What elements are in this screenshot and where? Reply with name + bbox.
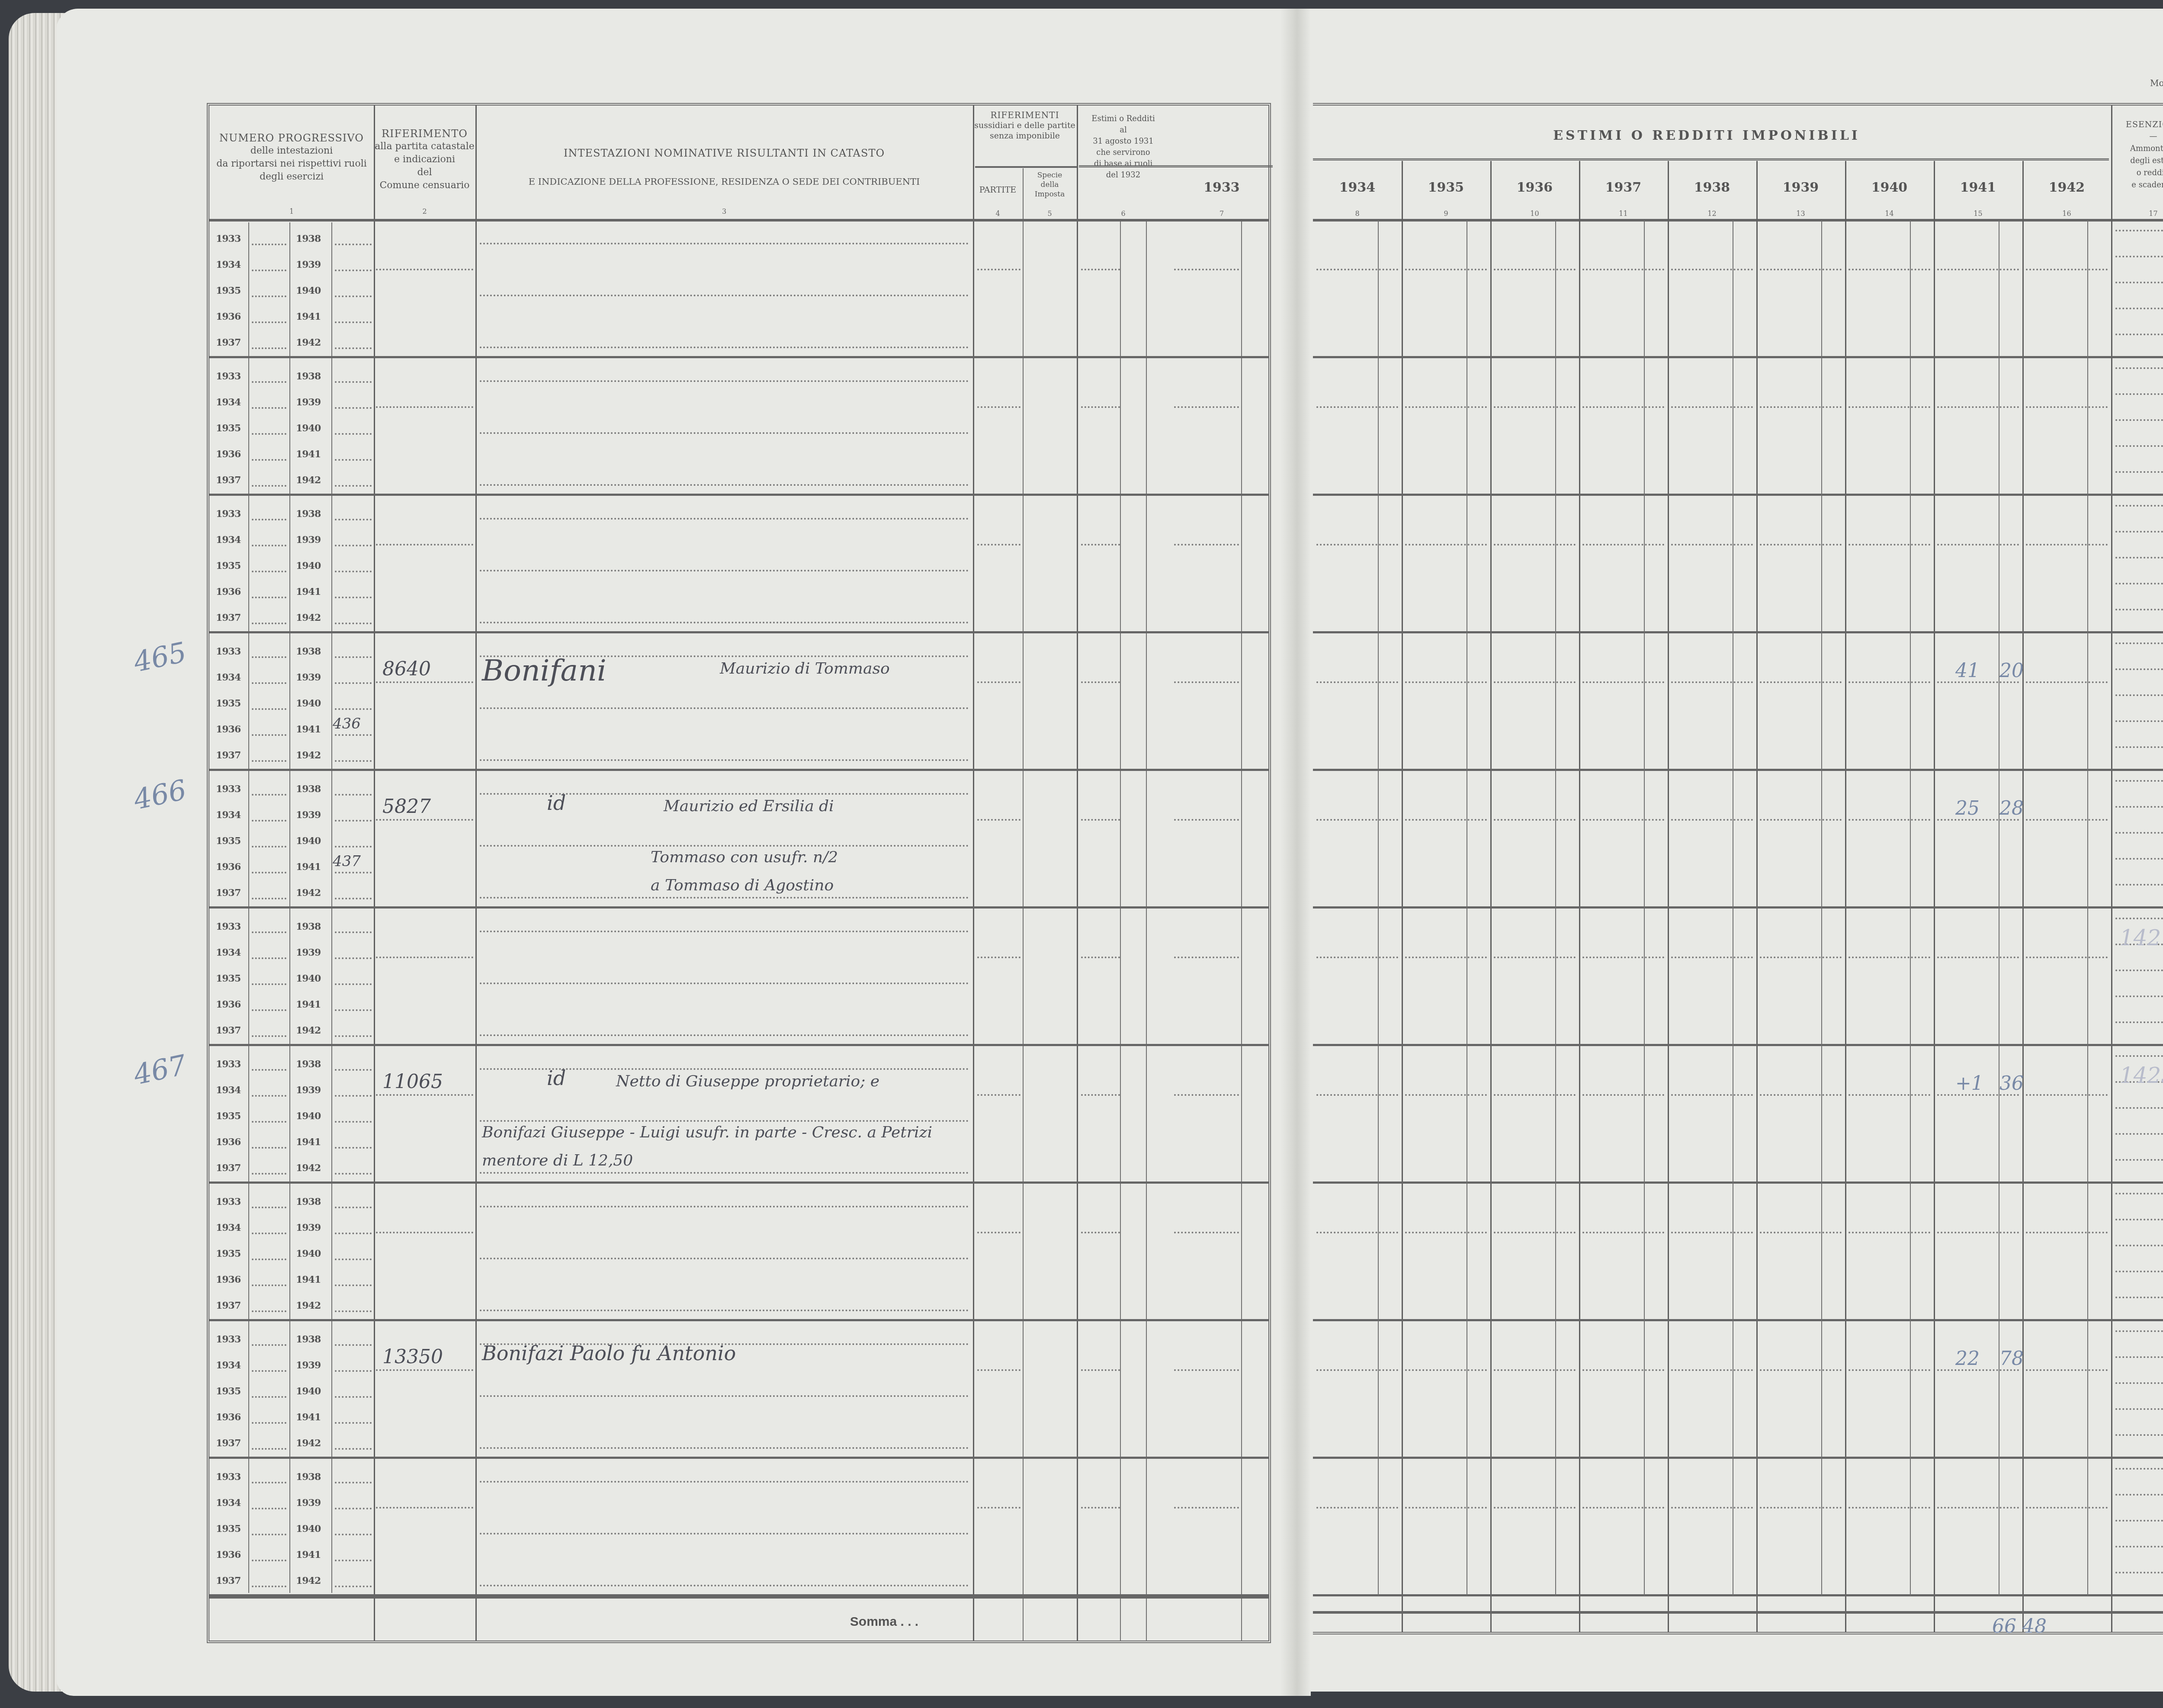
dotted-line — [335, 623, 372, 624]
dotted-line — [252, 1009, 286, 1011]
cent-divider — [1644, 1183, 1645, 1321]
table-bottom-rule — [1313, 1611, 2163, 1614]
bleedthrough-note: 1423 — [2120, 1063, 2163, 1088]
intestazione-details: Netto di Giuseppe proprietario; e — [616, 1072, 879, 1090]
cent-divider — [1467, 220, 1467, 358]
dotted-line — [1937, 269, 2019, 270]
cent-divider — [1467, 771, 1467, 908]
dotted-line — [2115, 1219, 2163, 1220]
dotted-line — [2026, 1232, 2108, 1233]
dotted-line — [1405, 269, 1487, 270]
subheader-rule — [975, 166, 1077, 168]
dotted-line — [1494, 406, 1576, 408]
dotted-line — [480, 1258, 969, 1259]
dotted-line — [1671, 957, 1753, 958]
cent-divider — [1733, 358, 1733, 495]
cent-divider — [1555, 495, 1556, 633]
entry-group-values — [1313, 1458, 2163, 1596]
dotted-line — [335, 244, 372, 245]
intestazione-line3: mentore di L 12,50 — [482, 1152, 633, 1169]
dotted-line — [480, 243, 969, 244]
dotted-line — [1081, 681, 1120, 683]
dotted-line — [252, 1121, 286, 1123]
header-esenzioni: ESENZIONI — Ammontare degli estimi o red… — [2111, 119, 2163, 191]
subheader-rule — [1313, 158, 2109, 161]
cent-divider — [1910, 1046, 1911, 1183]
dotted-line — [1937, 1507, 2019, 1509]
bleedthrough-note: 1421 — [2120, 925, 2163, 950]
dotted-line — [480, 1206, 969, 1207]
dotted-line — [1174, 1369, 1239, 1371]
dotted-line — [2115, 1159, 2163, 1161]
dotted-line — [1760, 1369, 1842, 1371]
cent-divider — [1910, 771, 1911, 908]
cent-divider — [1644, 908, 1645, 1046]
cent-divider — [1555, 1183, 1556, 1321]
dotted-line — [1081, 544, 1120, 546]
cent-divider — [2087, 1183, 2088, 1321]
side-reference: 436 — [333, 715, 361, 732]
intestazione-line3: a Tommaso di Agostino — [651, 876, 834, 894]
dotted-line — [480, 931, 969, 932]
dotted-line — [376, 1507, 473, 1509]
dotted-line — [2115, 694, 2163, 696]
dotted-line — [1405, 819, 1487, 821]
dotted-line — [1848, 1369, 1930, 1371]
dotted-line — [1937, 957, 2019, 958]
dotted-line — [2026, 1369, 2108, 1371]
dotted-line — [335, 1422, 372, 1424]
dotted-line — [1582, 957, 1664, 958]
partita-number: 8640 — [382, 658, 431, 680]
cent-divider — [1733, 1458, 1733, 1596]
cent-divider — [1467, 1183, 1467, 1321]
dotted-line — [977, 957, 1021, 958]
cent-divider — [1555, 908, 1556, 1046]
dotted-line — [2115, 1468, 2163, 1470]
dotted-line — [977, 544, 1021, 546]
cent-divider — [2087, 1046, 2088, 1183]
cent-divider — [1467, 1046, 1467, 1183]
dotted-line — [1081, 957, 1120, 958]
dotted-line — [2115, 1382, 2163, 1384]
dotted-line — [1316, 1232, 1398, 1233]
dotted-line — [2115, 884, 2163, 886]
dotted-line — [2026, 957, 2108, 958]
dotted-line — [480, 897, 969, 899]
entry-group-values — [1313, 358, 2163, 495]
dotted-line — [1671, 406, 1753, 408]
dotted-line — [1848, 406, 1930, 408]
dotted-line — [977, 681, 1021, 683]
dotted-line — [376, 406, 473, 408]
entry-group-values — [1313, 908, 2163, 1046]
dotted-line — [977, 1507, 1021, 1509]
dotted-line — [480, 707, 969, 709]
value-1941-lire: 22 — [1955, 1348, 1980, 1370]
cent-divider — [2087, 633, 2088, 771]
value-1941-cent: 20 — [1999, 660, 2024, 682]
entry-group: 1933193819341939193519401936194119371942 — [209, 1183, 1268, 1321]
dotted-line — [252, 459, 286, 461]
dotted-line — [1405, 1507, 1487, 1509]
dotted-line — [1081, 819, 1120, 821]
dotted-line — [252, 656, 286, 658]
dotted-line — [1405, 1094, 1487, 1096]
dotted-line — [335, 571, 372, 572]
dotted-line — [335, 1396, 372, 1398]
dotted-line — [335, 957, 372, 959]
dotted-line — [977, 1369, 1021, 1371]
dotted-line — [2115, 393, 2163, 395]
dotted-line — [252, 794, 286, 796]
dotted-line — [2115, 471, 2163, 473]
cent-divider — [1378, 771, 1379, 908]
dotted-line — [2115, 334, 2163, 335]
dotted-line — [335, 708, 372, 710]
entry-group: 1933193819341939193519401936194119371942 — [209, 1458, 1268, 1596]
dotted-line — [252, 983, 286, 985]
dotted-line — [376, 957, 473, 958]
cent-divider — [1733, 1183, 1733, 1321]
dotted-line — [335, 872, 372, 873]
dotted-line — [1494, 1232, 1576, 1233]
intestazione-details: Maurizio ed Ersilia di — [664, 797, 834, 815]
dotted-line — [1937, 544, 2019, 546]
dotted-line — [252, 1560, 286, 1561]
cent-divider — [1467, 1458, 1467, 1596]
dotted-line — [1671, 819, 1753, 821]
header-col1: NUMERO PROGRESSIVO delle intestazioni da… — [209, 132, 374, 183]
cent-divider — [1644, 358, 1645, 495]
dotted-line — [1316, 957, 1398, 958]
cent-divider — [2087, 358, 2088, 495]
dotted-line — [2115, 505, 2163, 507]
dotted-line — [1081, 1094, 1120, 1096]
dotted-line — [1671, 1507, 1753, 1509]
cent-divider — [1555, 771, 1556, 908]
dotted-line — [1848, 269, 1930, 270]
dotted-line — [335, 983, 372, 985]
cent-divider — [2087, 1321, 2088, 1458]
dotted-line — [1671, 1094, 1753, 1096]
dotted-line — [1848, 1094, 1930, 1096]
estimi-group-title: ESTIMI O REDDITI IMPONIBILI — [1313, 129, 2100, 142]
dotted-line — [1582, 1369, 1664, 1371]
dotted-line — [1174, 819, 1239, 821]
dotted-line — [335, 794, 372, 796]
header-col3: INTESTAZIONI NOMINATIVE RISULTANTI IN CA… — [475, 147, 973, 188]
cent-divider — [1467, 633, 1467, 771]
cent-divider — [1999, 908, 1999, 1046]
intestazione-details: Maurizio di Tommaso — [720, 660, 890, 677]
dotted-line — [252, 682, 286, 684]
cent-divider — [1821, 1046, 1822, 1183]
partita-number: 13350 — [382, 1346, 443, 1368]
cent-divider — [1378, 1183, 1379, 1321]
dotted-line — [252, 846, 286, 848]
dotted-line — [252, 1095, 286, 1097]
dotted-line — [480, 484, 969, 486]
dotted-line — [1316, 1507, 1398, 1509]
cent-divider — [1999, 220, 1999, 358]
value-1941-lire: 41 — [1955, 660, 1980, 682]
cent-divider — [1644, 771, 1645, 908]
dotted-line — [480, 1447, 969, 1449]
intestazione-surname: Bonifazi Paolo fu Antonio — [482, 1342, 736, 1365]
dotted-line — [2115, 609, 2163, 610]
cent-divider — [1378, 220, 1379, 358]
dotted-line — [335, 1560, 372, 1561]
entry-group: 1933193819341939193519401936194119371942… — [209, 1321, 1268, 1458]
dotted-line — [1848, 819, 1930, 821]
dotted-line — [480, 1585, 969, 1586]
dotted-line — [335, 381, 372, 383]
cent-divider — [1733, 1046, 1733, 1183]
value-1941-cent: 28 — [1999, 797, 2024, 819]
cent-divider — [1555, 1458, 1556, 1596]
dotted-line — [2026, 1507, 2108, 1509]
group-rule — [1313, 1594, 2163, 1596]
dotted-line — [1316, 406, 1398, 408]
dotted-line — [1760, 957, 1842, 958]
dotted-line — [252, 957, 286, 959]
dotted-line — [252, 407, 286, 409]
dotted-line — [2115, 1546, 2163, 1547]
value-1941-cent: 36 — [1999, 1072, 2024, 1095]
entry-group-values — [1313, 495, 2163, 633]
cent-divider — [2087, 771, 2088, 908]
dotted-line — [335, 898, 372, 899]
dotted-line — [977, 819, 1021, 821]
dotted-line — [1760, 1094, 1842, 1096]
dotted-line — [1174, 544, 1239, 546]
dotted-line — [1760, 269, 1842, 270]
header-year-1938: 1938 — [1668, 181, 1756, 194]
dotted-line — [1316, 681, 1398, 683]
dotted-line — [335, 519, 372, 520]
entry-group: 1933193819341939193519401936194119371942 — [209, 908, 1268, 1046]
dotted-line — [335, 485, 372, 487]
cent-divider — [1733, 908, 1733, 1046]
cent-divider — [1644, 633, 1645, 771]
dotted-line — [335, 1095, 372, 1097]
dotted-line — [2026, 544, 2108, 546]
dotted-line — [1760, 1232, 1842, 1233]
dotted-line — [376, 544, 473, 546]
dotted-line — [977, 269, 1021, 270]
dotted-line — [335, 1035, 372, 1037]
dotted-line — [2115, 1193, 2163, 1194]
dotted-line — [1494, 819, 1576, 821]
dotted-line — [1848, 544, 1930, 546]
dotted-line — [480, 432, 969, 434]
dotted-line — [2115, 1107, 2163, 1109]
entry-group: 1933193819341939193519401936194119371942… — [209, 633, 1268, 771]
dotted-line — [335, 1069, 372, 1071]
cent-divider — [1821, 1183, 1822, 1321]
entry-group: 1933193819341939193519401936194119371942 — [209, 495, 1268, 633]
dotted-line — [252, 571, 286, 572]
dotted-line — [252, 433, 286, 435]
dotted-line — [1405, 1369, 1487, 1371]
cent-divider — [1644, 1321, 1645, 1458]
dotted-line — [1937, 406, 2019, 408]
dotted-line — [1760, 819, 1842, 821]
header-col2: RIFERIMENTO alla partita catastale e ind… — [374, 127, 475, 192]
cent-divider — [1999, 771, 1999, 908]
dotted-line — [335, 1448, 372, 1450]
intestazione-line2: Bonifazi Giuseppe - Luigi usufr. in part… — [482, 1124, 932, 1141]
dotted-line — [2026, 269, 2108, 270]
dotted-line — [252, 545, 286, 546]
dotted-line — [1937, 1232, 2019, 1233]
dotted-line — [335, 347, 372, 349]
cent-divider — [1821, 358, 1822, 495]
dotted-line — [480, 518, 969, 520]
dotted-line — [252, 623, 286, 624]
dotted-line — [2115, 256, 2163, 257]
dotted-line — [252, 1310, 286, 1312]
dotted-line — [2115, 720, 2163, 722]
dotted-line — [480, 845, 969, 847]
dotted-line — [1081, 406, 1120, 408]
dotted-line — [335, 597, 372, 598]
dotted-line — [1582, 681, 1664, 683]
dotted-line — [480, 1533, 969, 1535]
dotted-line — [252, 1422, 286, 1424]
dotted-line — [2115, 1572, 2163, 1573]
header-col7-year: 1933 — [1170, 181, 1274, 194]
dotted-line — [1848, 1232, 1930, 1233]
dotted-line — [252, 321, 286, 323]
dotted-line — [376, 681, 473, 683]
side-reference: 437 — [333, 853, 361, 870]
cent-divider — [1467, 1321, 1467, 1458]
dotted-line — [252, 1173, 286, 1175]
header-col6: Estimi o Redditi al 31 agosto 1931 che s… — [1077, 113, 1170, 181]
dotted-line — [1848, 1507, 1930, 1509]
entry-group-values: 4120 — [1313, 633, 2163, 771]
intestazione-line2: Tommaso con usufr. n/2 — [651, 848, 838, 866]
intestazione-surname: id — [547, 791, 566, 815]
dotted-line — [2115, 1271, 2163, 1272]
dotted-line — [252, 1259, 286, 1260]
dotted-line — [335, 1284, 372, 1286]
dotted-line — [252, 1344, 286, 1346]
dotted-line — [335, 433, 372, 435]
entry-group-values: 2528 — [1313, 771, 2163, 908]
cent-divider — [1910, 908, 1911, 1046]
cent-divider — [2087, 1458, 2088, 1596]
dotted-line — [252, 1233, 286, 1234]
dotted-line — [1494, 1094, 1576, 1096]
dotted-line — [480, 1310, 969, 1311]
dotted-line — [1174, 1507, 1239, 1509]
dotted-line — [1405, 544, 1487, 546]
sum-label: Somma . . . — [806, 1615, 962, 1628]
dotted-line — [1494, 957, 1576, 958]
dotted-line — [335, 1173, 372, 1175]
dotted-line — [252, 898, 286, 899]
cent-divider — [1821, 633, 1822, 771]
dotted-line — [2026, 819, 2108, 821]
dotted-line — [2115, 531, 2163, 533]
dotted-line — [2115, 557, 2163, 559]
dotted-line — [2115, 970, 2163, 971]
dotted-line — [1081, 1369, 1120, 1371]
cent-divider — [1378, 1321, 1379, 1458]
dotted-line — [2115, 230, 2163, 231]
cent-divider — [1999, 1183, 1999, 1321]
dotted-line — [1582, 1507, 1664, 1509]
dotted-line — [1760, 681, 1842, 683]
cent-divider — [1821, 495, 1822, 633]
dotted-line — [2115, 1520, 2163, 1522]
dotted-line — [1760, 406, 1842, 408]
dotted-line — [480, 982, 969, 984]
dotted-line — [1316, 1094, 1398, 1096]
cent-divider — [1999, 495, 1999, 633]
dotted-line — [335, 459, 372, 461]
dotted-line — [1405, 957, 1487, 958]
dotted-line — [252, 347, 286, 349]
cent-divider — [2087, 220, 2088, 358]
cent-divider — [1644, 220, 1645, 358]
cent-divider — [1644, 1458, 1645, 1596]
cent-divider — [1733, 771, 1733, 908]
entry-group-values: +136 — [1313, 1046, 2163, 1183]
dotted-line — [252, 708, 286, 710]
dotted-line — [2115, 308, 2163, 309]
dotted-line — [2115, 780, 2163, 782]
dotted-line — [1405, 681, 1487, 683]
cent-divider — [1555, 633, 1556, 771]
cent-divider — [1378, 358, 1379, 495]
entry-group: 1933193819341939193519401936194119371942 — [209, 220, 1268, 358]
dotted-line — [480, 622, 969, 623]
dotted-line — [2115, 445, 2163, 447]
dotted-line — [1494, 681, 1576, 683]
dotted-line — [2115, 858, 2163, 860]
cent-divider — [1378, 633, 1379, 771]
dotted-line — [1582, 819, 1664, 821]
dotted-line — [252, 1207, 286, 1208]
cent-divider — [1821, 1458, 1822, 1596]
dotted-line — [2026, 406, 2108, 408]
dotted-line — [252, 1370, 286, 1372]
value-1941-lire: 25 — [1955, 797, 1980, 819]
dotted-line — [335, 1147, 372, 1149]
dotted-line — [1405, 1232, 1487, 1233]
dotted-line — [1671, 681, 1753, 683]
dotted-line — [2115, 1297, 2163, 1298]
dotted-line — [335, 760, 372, 762]
dotted-line — [252, 270, 286, 271]
entry-group: 1933193819341939193519401936194119371942… — [209, 771, 1268, 908]
dotted-line — [2115, 746, 2163, 748]
cent-divider — [1555, 1321, 1556, 1458]
dotted-line — [1081, 269, 1120, 270]
cent-divider — [1999, 358, 1999, 495]
dotted-line — [252, 1482, 286, 1483]
left-register-table: NUMERO PROGRESSIVO delle intestazioni da… — [207, 103, 1271, 1643]
header-col5: Specie della Imposta — [1023, 170, 1077, 199]
dotted-line — [1582, 269, 1664, 270]
header-col4: PARTITE — [973, 183, 1023, 196]
dotted-line — [1174, 1232, 1239, 1233]
header-year-1936: 1936 — [1490, 181, 1579, 194]
